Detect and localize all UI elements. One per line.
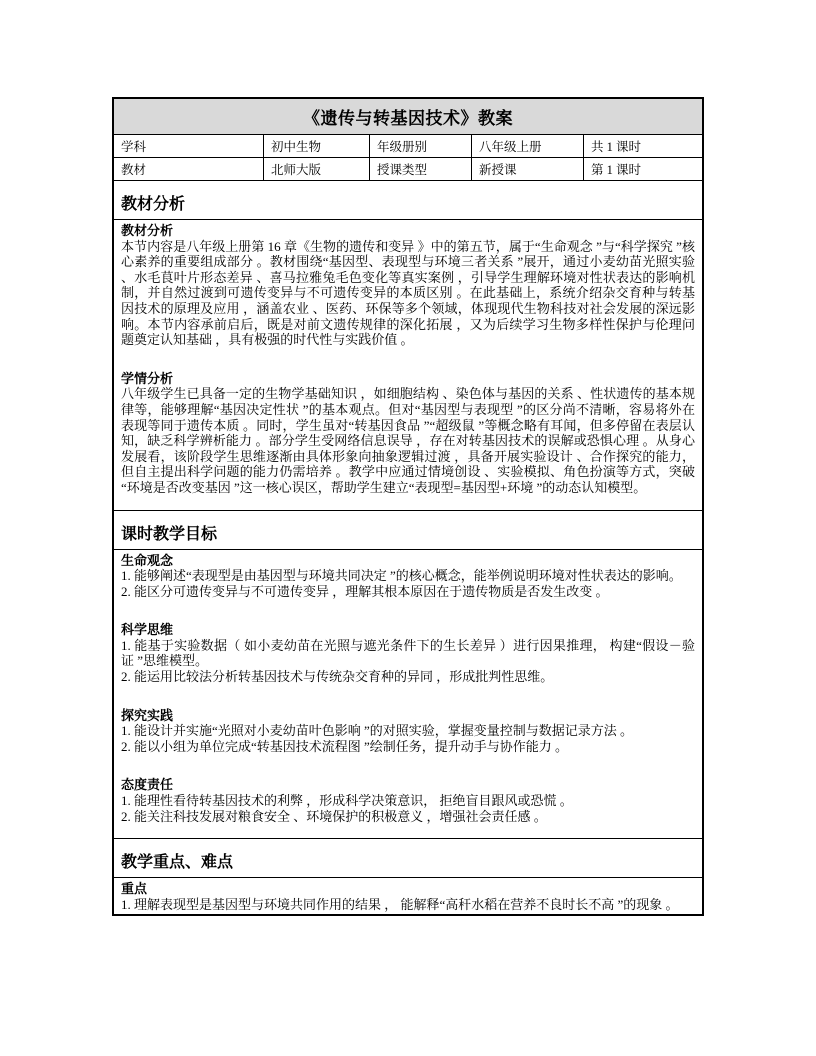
lesson-plan-document: 《遗传与转基因技术》教案 学科 初中生物 年级册别 八年级上册 共 1 课时 教… (112, 97, 704, 916)
key-point-item: 1. 理解表现型是基因型与环境共同作用的结果 ， 能解释“高秆水稻在营养不良时长… (121, 897, 695, 913)
block-heading-attitude-responsibility: 态度责任 (121, 777, 695, 793)
block-scientific-thinking: 科学思维 1. 能基于实验数据（ 如小麦幼苗在光照与遮光条件下的生长差异 ）进行… (121, 622, 695, 684)
info-label-grade: 年级册别 (370, 135, 472, 158)
section-body-material-analysis: 教材分析 本节内容是八年级上册第 16 章《生物的遗传和变异 》中的第五节，属于… (114, 220, 702, 511)
info-value-grade: 八年级上册 (472, 135, 584, 158)
section-body-key-points: 重点 1. 理解表现型是基因型与环境共同作用的结果 ， 能解释“高秆水稻在营养不… (114, 878, 702, 914)
objective-item: 1. 能够阐述“表现型是由基因型与环境共同决定 ”的核心概念，能举例说明环境对性… (121, 568, 695, 584)
block-material-analysis: 教材分析 本节内容是八年级上册第 16 章《生物的遗传和变异 》中的第五节，属于… (121, 223, 695, 348)
document-title: 《遗传与转基因技术》教案 (114, 99, 702, 135)
block-attitude-responsibility: 态度责任 1. 能理性看待转基因技术的利弊 ，形成科学决策意识， 拒绝盲目跟风或… (121, 777, 695, 824)
block-heading-inquiry-practice: 探究实践 (121, 708, 695, 724)
objective-item: 1. 能理性看待转基因技术的利弊 ，形成科学决策意识， 拒绝盲目跟风或恐慌 。 (121, 793, 695, 809)
info-value-lesson-type: 新授课 (472, 158, 584, 181)
objective-item: 2. 能关注科技发展对粮食安全 、环境保护的积极意义 ，增强社会责任感 。 (121, 809, 695, 825)
block-heading-key-point: 重点 (121, 881, 695, 897)
info-table: 学科 初中生物 年级册别 八年级上册 共 1 课时 教材 北师大版 授课类型 新… (114, 135, 702, 181)
info-label-subject: 学科 (114, 135, 264, 158)
block-heading-learner-analysis: 学情分析 (121, 371, 695, 387)
document-page: 《遗传与转基因技术》教案 学科 初中生物 年级册别 八年级上册 共 1 课时 教… (0, 0, 816, 1056)
info-value-subject: 初中生物 (264, 135, 370, 158)
info-total-periods: 共 1 课时 (584, 135, 702, 158)
objective-item: 2. 能运用比较法分析转基因技术与传统杂交育种的异同 ，形成批判性思维。 (121, 669, 695, 685)
section-material-analysis: 教材分析 教材分析 本节内容是八年级上册第 16 章《生物的遗传和变异 》中的第… (114, 181, 702, 511)
block-heading-scientific-thinking: 科学思维 (121, 622, 695, 638)
objective-item: 2. 能区分可遗传变异与不可遗传变异 ，理解其根本原因在于遗传物质是否发生改变 … (121, 584, 695, 600)
info-period-number: 第 1 课时 (584, 158, 702, 181)
block-life-concepts: 生命观念 1. 能够阐述“表现型是由基因型与环境共同决定 ”的核心概念，能举例说… (121, 553, 695, 600)
objective-item: 2. 能以小组为单位完成“转基因技术流程图 ”绘制任务，提升动手与协作能力 。 (121, 739, 695, 755)
info-label-textbook: 教材 (114, 158, 264, 181)
section-header-teaching-objectives: 课时教学目标 (114, 511, 702, 550)
block-learner-analysis: 学情分析 八年级学生已具备一定的生物学基础知识 ，如细胞结构 、染色体与基因的关… (121, 371, 695, 496)
info-value-textbook: 北师大版 (264, 158, 370, 181)
block-text-material-analysis: 本节内容是八年级上册第 16 章《生物的遗传和变异 》中的第五节，属于“生命观念… (121, 239, 695, 348)
block-inquiry-practice: 探究实践 1. 能设计并实施“光照对小麦幼苗叶色影响 ”的对照实验，掌握变量控制… (121, 708, 695, 755)
section-key-points: 教学重点、难点 重点 1. 理解表现型是基因型与环境共同作用的结果 ， 能解释“… (114, 839, 702, 914)
objective-item: 1. 能设计并实施“光照对小麦幼苗叶色影响 ”的对照实验，掌握变量控制与数据记录… (121, 723, 695, 739)
section-header-key-points: 教学重点、难点 (114, 839, 702, 878)
block-key-point: 重点 1. 理解表现型是基因型与环境共同作用的结果 ， 能解释“高秆水稻在营养不… (121, 881, 695, 912)
section-body-teaching-objectives: 生命观念 1. 能够阐述“表现型是由基因型与环境共同决定 ”的核心概念，能举例说… (114, 550, 702, 840)
section-teaching-objectives: 课时教学目标 生命观念 1. 能够阐述“表现型是由基因型与环境共同决定 ”的核心… (114, 511, 702, 840)
block-text-learner-analysis: 八年级学生已具备一定的生物学基础知识 ，如细胞结构 、染色体与基因的关系 、性状… (121, 386, 695, 495)
info-label-lesson-type: 授课类型 (370, 158, 472, 181)
section-header-material-analysis: 教材分析 (114, 181, 702, 220)
block-heading-life-concepts: 生命观念 (121, 553, 695, 569)
objective-item: 1. 能基于实验数据（ 如小麦幼苗在光照与遮光条件下的生长差异 ）进行因果推理，… (121, 638, 695, 669)
block-heading-material-analysis: 教材分析 (121, 223, 695, 239)
